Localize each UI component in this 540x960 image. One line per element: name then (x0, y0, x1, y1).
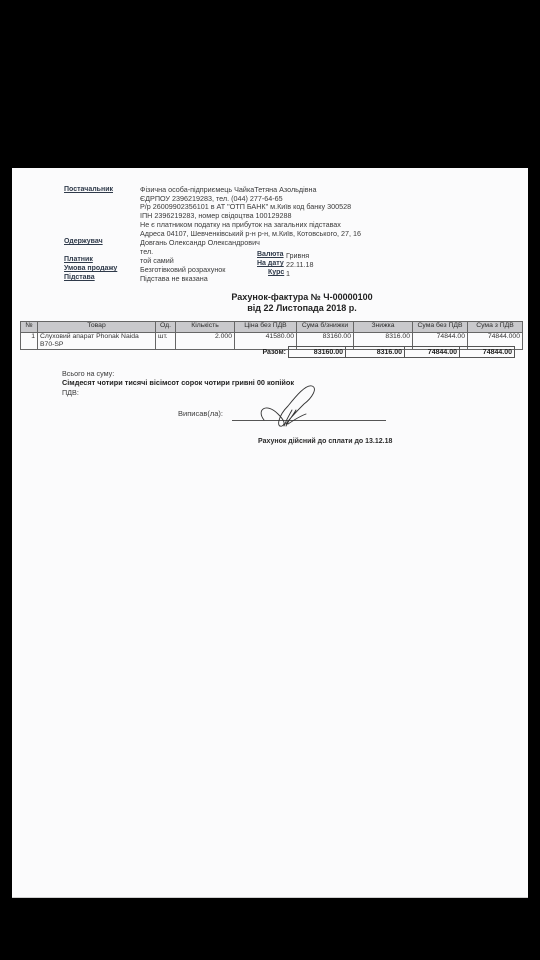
recipient-phone: тел. (140, 247, 153, 256)
payer-label: Платник (64, 256, 93, 263)
supplier-label: Постачальник (64, 186, 113, 193)
sale-terms-value: Безготівковий розрахунок (140, 265, 225, 274)
sale-terms-label: Умова продажу (64, 265, 117, 272)
totals-table: Разом: 83160.00 8316.00 74844.00 74844.0… (224, 346, 515, 358)
supplier-details: Фізична особа-підприємець ЧайкаТетяна Аз… (140, 186, 361, 238)
header-sum-no-vat: Сума без ПДВ (413, 322, 468, 333)
header-price: Ціна без ПДВ (235, 322, 297, 333)
rate-label: Курс (268, 269, 284, 276)
header-discount: Знижка (354, 322, 413, 333)
date-label: На дату (257, 260, 284, 267)
total-discount: 8316.00 (346, 347, 405, 358)
payer-value: той самий (140, 256, 174, 265)
currency-value: Гривня (286, 251, 309, 260)
invoice-title: Рахунок-фактура № Ч-00000100 (172, 292, 432, 302)
total-label: Всього на суму: (62, 369, 114, 378)
supplier-line: Адреса 04107, Шевченківський р-н р-н, м.… (140, 230, 361, 239)
cell-no: 1 (21, 333, 38, 350)
header-unit: Од. (156, 322, 176, 333)
basis-label: Підстава (64, 274, 95, 281)
total-sum-before-discount: 83160.00 (289, 347, 346, 358)
header-qty: Кількість (176, 322, 235, 333)
header-product: Товар (38, 322, 156, 333)
recipient-name: Довгань Олександр Олександрович (140, 238, 260, 247)
basis-value: Підстава не вказана (140, 274, 208, 283)
recipient-label: Одержувач (64, 238, 103, 245)
totals-row: Разом: 83160.00 8316.00 74844.00 74844.0… (224, 347, 515, 358)
header-sum-before-discount: Сума б/знижки (297, 322, 354, 333)
cell-product: Слуховий апарат Phonak Naida B70-SP (38, 333, 156, 350)
currency-label: Валюта (257, 251, 284, 258)
totals-label: Разом: (224, 347, 289, 358)
total-sum-no-vat: 74844.00 (405, 347, 460, 358)
signature-icon (256, 380, 326, 430)
header-no: № (21, 322, 38, 333)
cell-unit: шт. (156, 333, 176, 350)
signed-by-label: Виписав(ла): (178, 409, 223, 418)
invoice-page: Постачальник Фізична особа-підприємець Ч… (12, 168, 528, 898)
rate-value: 1 (286, 269, 290, 278)
vat-label: ПДВ: (62, 388, 79, 397)
date-value: 22.11.18 (286, 260, 313, 269)
header-sum-with-vat: Сума з ПДВ (468, 322, 523, 333)
invoice-date: від 22 Листопада 2018 р. (172, 303, 432, 313)
total-sum-with-vat: 74844.00 (460, 347, 515, 358)
table-header-row: № Товар Од. Кількість Ціна без ПДВ Сума … (21, 322, 523, 333)
validity-note: Рахунок дійсний до сплати до 13.12.18 (258, 438, 392, 445)
